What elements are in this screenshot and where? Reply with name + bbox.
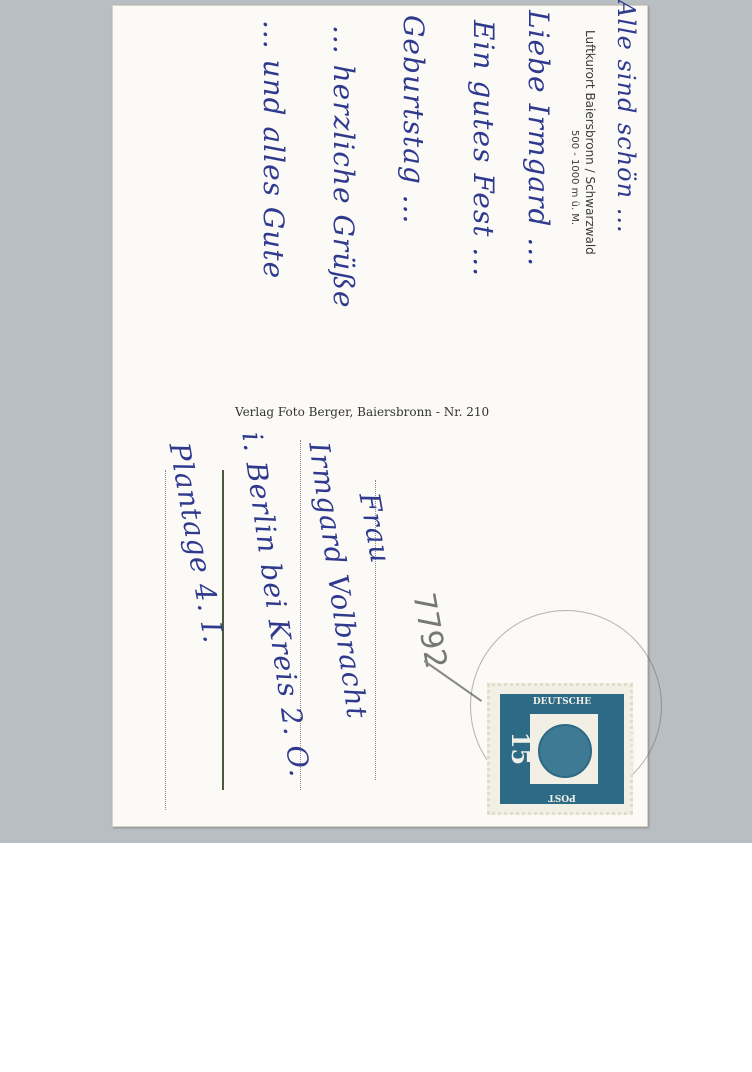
stamp-frame: DEUTSCHE BUNDES POST 15 [500,694,624,804]
message-line: ... und alles Gute [257,20,290,279]
printed-elevation: 500 - 1000 m ü. M. [569,130,580,225]
message-line: Alle sind schön ... [612,0,640,234]
message-line: Liebe Irmgard ... [522,10,555,267]
message-line: Geburtstag ... [397,15,430,224]
printed-location-title: Luftkurort Baiersbronn / Schwarzwald [583,30,597,255]
address-guide-line [165,470,166,810]
message-line: Ein gutes Fest ... [467,20,500,277]
portrait-head-icon [538,724,592,778]
publisher-imprint: Verlag Foto Berger, Baiersbronn - Nr. 21… [235,405,489,419]
postage-stamp: DEUTSCHE BUNDES POST 15 [487,683,633,815]
stamp-side-text: BUNDES [625,729,635,774]
stamp-top-text: DEUTSCHE [500,697,624,707]
stamp-bottom-text: POST [500,792,624,802]
stamp-portrait-panel [530,714,598,784]
message-line: ... herzliche Grüße [327,25,360,309]
